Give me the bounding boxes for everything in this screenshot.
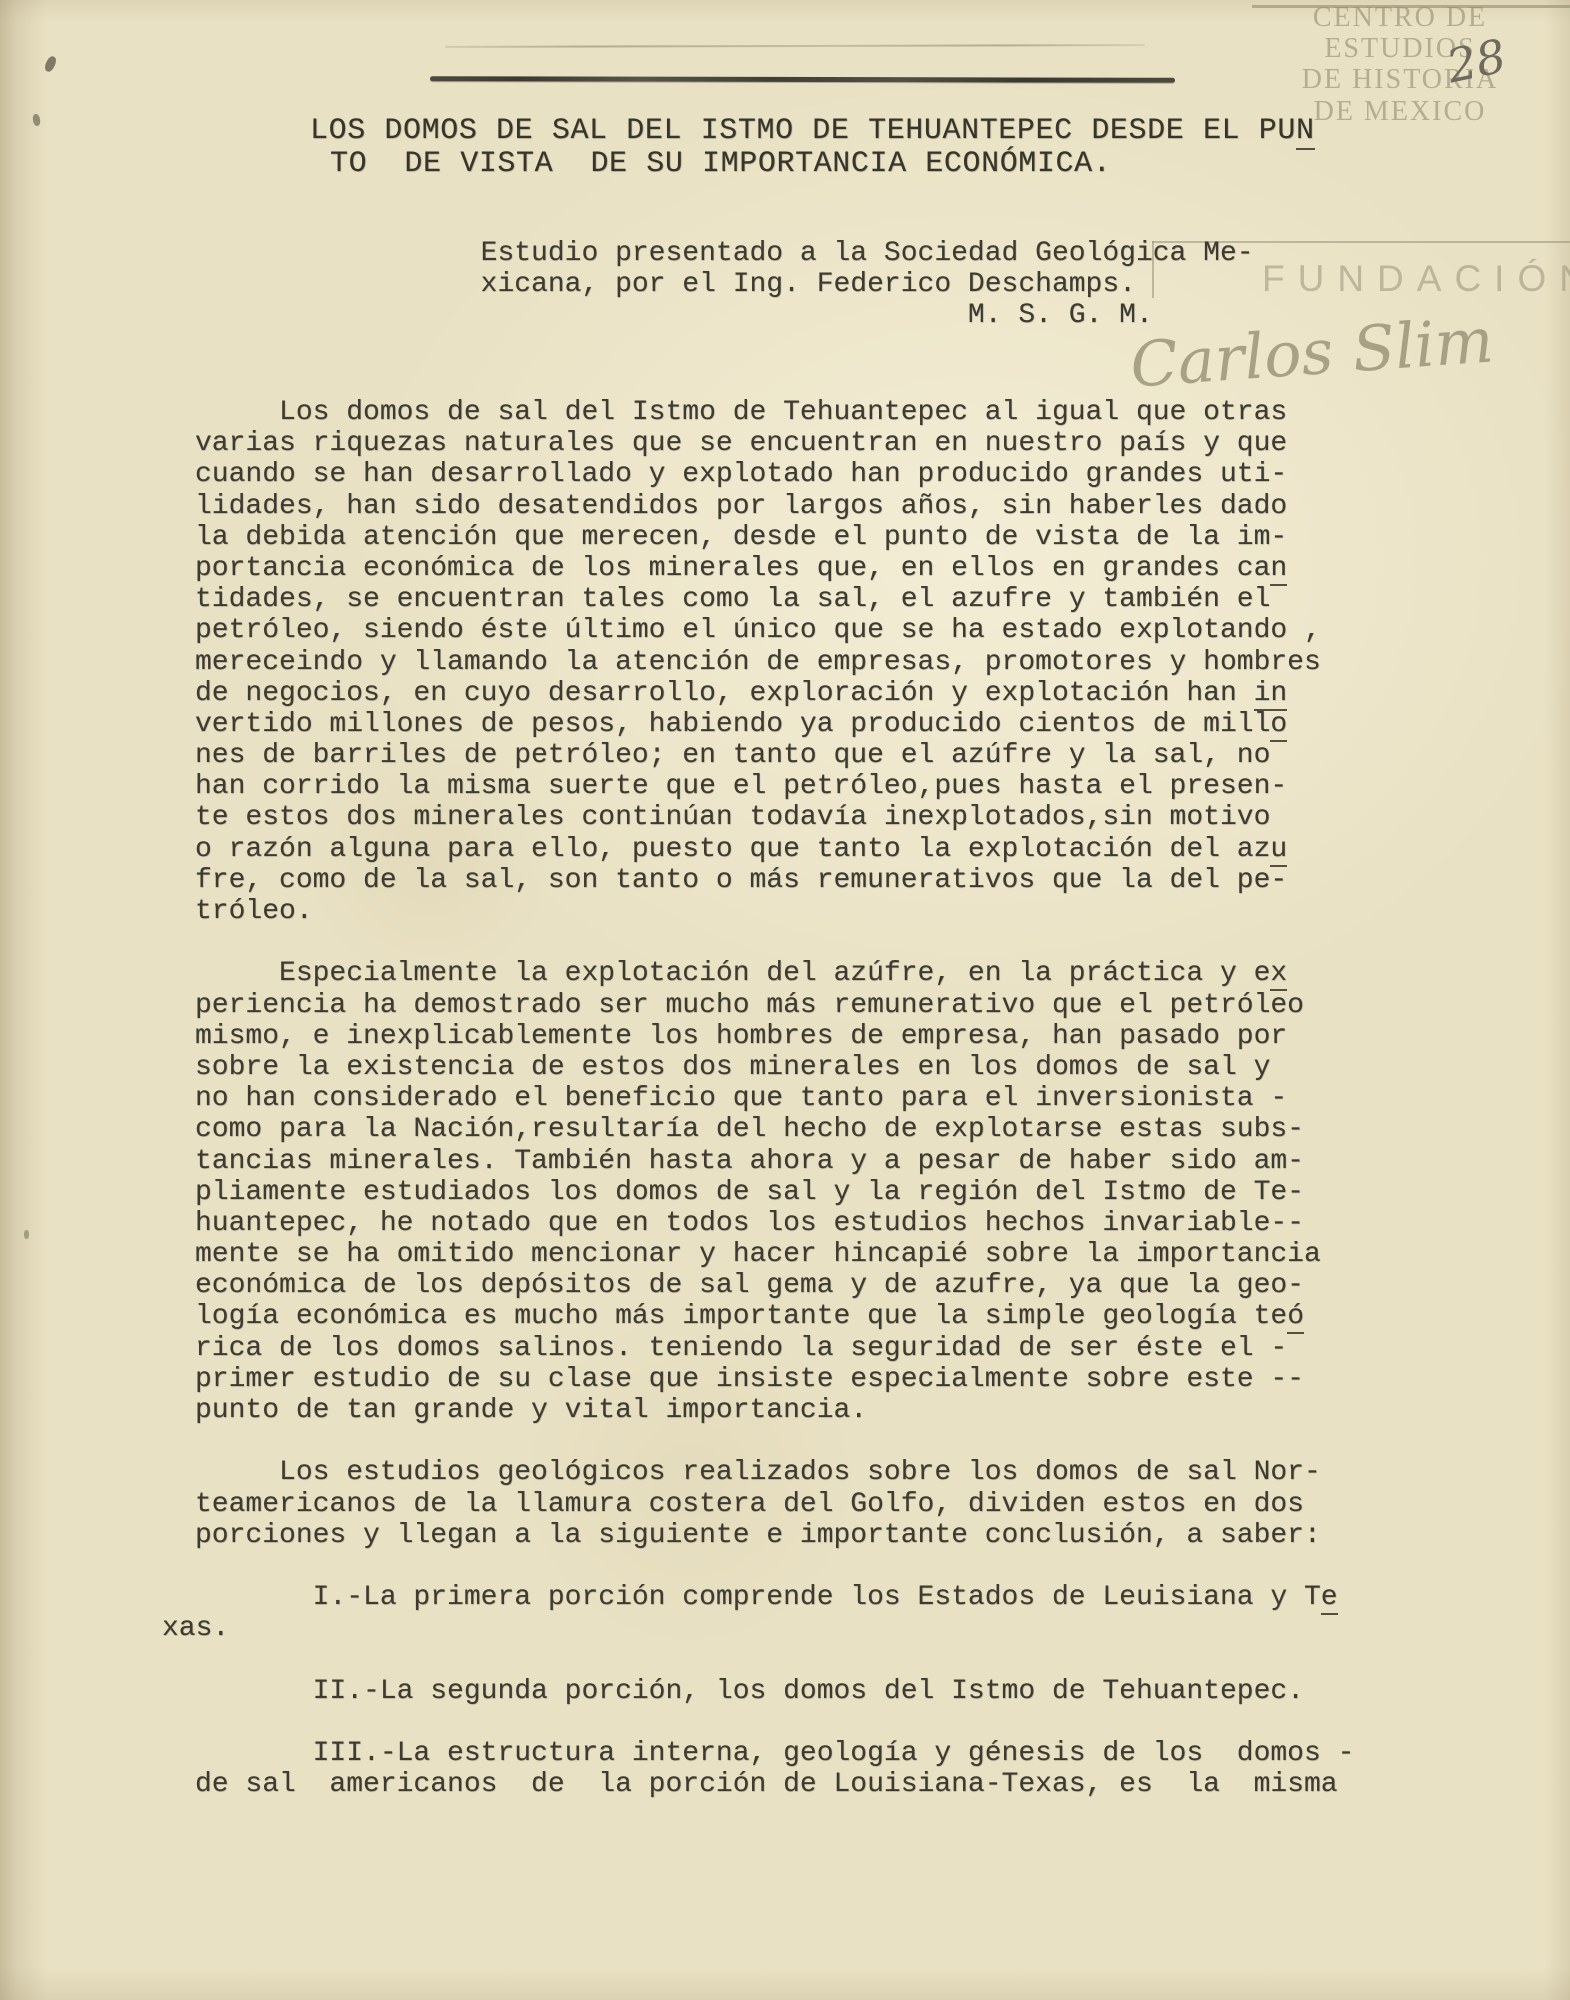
document-body-line [195,1707,1354,1738]
document-body-line: petróleo, siendo éste último el único qu… [195,615,1354,646]
document-body-line: tróleo. [195,896,1354,927]
watermark-line: CENTRO DE [1235,2,1565,33]
document-body-line: mismo, e inexplicablemente los hombres d… [195,1021,1354,1052]
document-body-line [195,927,1354,958]
document-body-line: mente se ha omitido mencionar y hacer hi… [195,1239,1354,1270]
document-body-line: tancias minerales. También hasta ahora y… [195,1146,1354,1177]
document-body-line: pliamente estudiados los domos de sal y … [195,1177,1354,1208]
document-body-line [195,1426,1354,1457]
byline-line: xicana, por el Ing. Federico Deschamps. [195,269,1254,300]
paper-speck [43,55,58,73]
watermark-line: DE HISTORIA [1235,64,1565,95]
typed-rule-dark [430,76,1175,83]
document-body-line: vertido millones de pesos, habiendo ya p… [195,709,1354,740]
document-body-line: cuando se han desarrollado y explotado h… [195,459,1354,490]
byline-line: Estudio presentado a la Sociedad Geológi… [195,238,1254,269]
document-body-line: económica de los depósitos de sal gema y… [195,1270,1354,1301]
document-body-line: periencia ha demostrado ser mucho más re… [195,990,1354,1021]
document-body-line: mereceindo y llamando la atención de emp… [195,647,1354,678]
document-body-line: fre, como de la sal, son tanto o más rem… [195,865,1354,896]
document-body-line: primer estudio de su clase que insiste e… [195,1364,1354,1395]
document-body-line: de sal americanos de la porción de Louis… [195,1769,1354,1800]
watermark-line: ESTUDIOS [1235,33,1565,64]
document-body-line: han corrido la misma suerte que el petró… [195,771,1354,802]
document-body-line: xas. [162,1613,1354,1644]
document-body-line: teamericanos de la llamura costera del G… [195,1489,1354,1520]
document-body-line: logía económica es mucho más importante … [195,1301,1354,1332]
document-body-line: III.-La estructura interna, geología y g… [195,1738,1354,1769]
byline-line: M. S. G. M. [195,300,1254,331]
watermark-institution: CENTRO DEESTUDIOSDE HISTORIADE MEXICO [1235,2,1565,127]
document-body-line: sobre la existencia de estos dos mineral… [195,1052,1354,1083]
document-body-line: Los domos de sal del Istmo de Tehuantepe… [195,397,1354,428]
document-body-line: varias riquezas naturales que se encuent… [195,428,1354,459]
document-body-line: huantepec, he notado que en todos los es… [195,1208,1354,1239]
document-body-line [195,1551,1354,1582]
document-body-line: como para la Nación,resultaría del hecho… [195,1114,1354,1145]
document-body-line: nes de barriles de petróleo; en tanto qu… [195,740,1354,771]
document-title-line-1: LOS DOMOS DE SAL DEL ISTMO DE TEHUANTEPE… [310,114,1315,148]
document-body-line: Especialmente la explotación del azúfre,… [195,958,1354,989]
document-body-line: portancia económica de los minerales que… [195,553,1354,584]
document-body-line: no han considerado el beneficio que tant… [195,1083,1354,1114]
document-body-line: de negocios, en cuyo desarrollo, explora… [195,678,1354,709]
byline: Estudio presentado a la Sociedad Geológi… [195,238,1254,332]
document-body-line: punto de tan grande y vital importancia. [195,1395,1354,1426]
watermark-fundacion: FUNDACIÓN [1262,258,1570,300]
document-body-line: Los estudios geológicos realizados sobre… [195,1457,1354,1488]
document-body: Los domos de sal del Istmo de Tehuantepe… [195,397,1354,1800]
document-page: { "page": { "paper_color": "#e9e1c3", "i… [0,0,1570,2000]
document-body-line: I.-La primera porción comprende los Esta… [195,1582,1354,1613]
paper-speck [24,1230,29,1239]
document-body-line: lidades, han sido desatendidos por largo… [195,491,1354,522]
document-body-line: II.-La segunda porción, los domos del Is… [195,1676,1354,1707]
document-body-line: porciones y llegan a la siguiente e impo… [195,1520,1354,1551]
document-body-line: tidades, se encuentran tales como la sal… [195,584,1354,615]
document-body-line [195,1645,1354,1676]
document-body-line: rica de los domos salinos. teniendo la s… [195,1333,1354,1364]
typed-rule-faint [445,44,1145,48]
document-body-line: o razón alguna para ello, puesto que tan… [195,834,1354,865]
document-body-line: te estos dos minerales continúan todavía… [195,802,1354,833]
paper-speck [32,113,41,126]
document-title-line-2: TO DE VISTA DE SU IMPORTANCIA ECONÓMICA. [330,147,1111,181]
document-body-line: la debida atención que merecen, desde el… [195,522,1354,553]
